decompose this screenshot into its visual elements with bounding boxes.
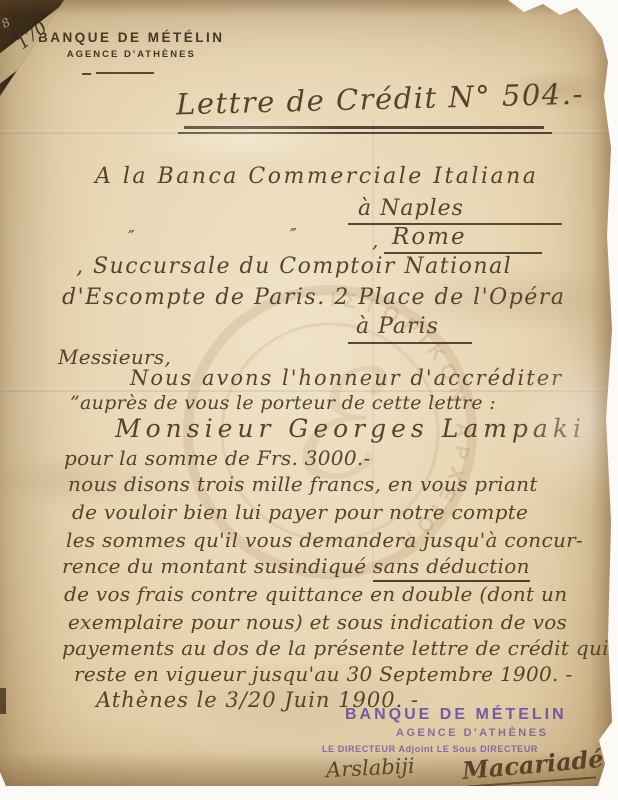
header-rubber-stamp: BANQUE DE MÉTÉLIN AGENCE D'ATHÈNES	[38, 30, 225, 60]
recipient-line: A la Banca Commerciale Italiana	[95, 164, 538, 189]
underlined-phrase: sans déduction	[373, 554, 530, 582]
folded-corner: 8	[0, 0, 130, 130]
bottom-edge-shading	[0, 752, 618, 786]
body-line-text: rence du montant susindiqué	[62, 554, 373, 578]
scanned-letter: { "colors": { "paper": "#e9d8b6", "ink":…	[0, 0, 618, 800]
paris-underline	[348, 342, 472, 344]
recipient-city-rome: Rome	[392, 224, 467, 250]
amount-line: pour la somme de Frs. 3000.-	[64, 446, 371, 470]
recipient-line: d'Escompte de Paris. 2 Place de l'Opéra	[62, 285, 565, 310]
body-line: Nous avons l'honneur d'accréditer	[130, 366, 563, 390]
body-line: ”auprès de vous le porteur de cette lett…	[70, 392, 496, 414]
header-stamp-rule-dash	[82, 73, 91, 75]
header-stamp-rule	[96, 72, 154, 74]
title-underline-thin	[178, 132, 552, 134]
body-line: de vos frais contre quittance en double …	[64, 582, 567, 606]
body-line: exemplaire pour nous) et sous indication…	[68, 610, 567, 634]
body-line: reste en vigueur jusqu'au 30 Septembre 1…	[74, 662, 572, 686]
body-line: nous disons trois mille francs, en vous …	[68, 472, 538, 496]
body-line: rence du montant susindiqué sans déducti…	[62, 554, 530, 578]
right-edge-shading	[590, 0, 618, 800]
ditto-mark: ″	[290, 225, 297, 246]
header-stamp-agency: AGENCE D'ATHÈNES	[38, 49, 225, 60]
footer-stamp-bank-name: BANQUE DE MÉTELIN	[345, 706, 567, 724]
corner-pencil-mark: 8	[0, 15, 13, 31]
header-stamp-bank-name: BANQUE DE MÉTÉLIN	[38, 30, 225, 45]
body-line: payements au dos de la présente lettre d…	[62, 636, 609, 660]
beneficiary-name: Monsieur Georges Lampaki	[115, 414, 586, 443]
ditto-mark: ″	[128, 227, 135, 248]
recipient-line: ‚ Succursale du Comptoir National	[76, 254, 512, 279]
top-edge-shading	[0, 0, 618, 16]
title-underline-thick	[184, 126, 544, 129]
recipient-city-paris: à Paris	[356, 314, 439, 339]
recipient-city-naples: à Naples	[358, 196, 464, 221]
body-line: de vouloir bien lui payer pour notre com…	[72, 500, 528, 524]
page-title: Lettre de Crédit N° 504.-	[176, 77, 585, 122]
comma-mark: ,	[372, 228, 379, 252]
left-edge-tear	[0, 688, 6, 714]
letter-paper: ΙΣΤΟΡΙΚΟΝ ΑΡΧΕΙΟΝ ℰ BANQUE DE MÉTÉLIN AG…	[0, 0, 618, 800]
footer-stamp-agency: AGENCE D'ATHÈNES	[396, 727, 548, 739]
body-line: les sommes qu'il vous demandera jusqu'à …	[66, 528, 583, 552]
